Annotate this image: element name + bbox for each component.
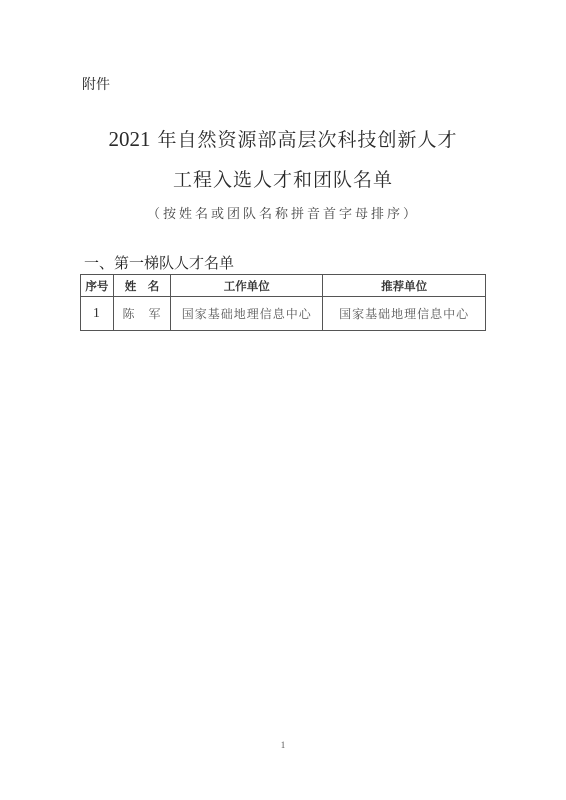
title-text-1: 年自然资源部高层次科技创新人才 bbox=[158, 129, 458, 151]
cell-work-unit: 国家基础地理信息中心 bbox=[171, 297, 323, 331]
title-year: 2021 bbox=[108, 127, 150, 151]
cell-recommending-unit: 国家基础地理信息中心 bbox=[323, 297, 486, 331]
header-work-unit: 工作单位 bbox=[171, 275, 323, 297]
cell-index: 1 bbox=[81, 297, 114, 331]
header-name: 姓 名 bbox=[113, 275, 171, 297]
cell-name: 陈 军 bbox=[113, 297, 171, 331]
header-index: 序号 bbox=[81, 275, 114, 297]
talent-table: 序号 姓 名 工作单位 推荐单位 1 陈 军 国家基础地理信息中心 国家基础地理… bbox=[80, 274, 486, 331]
document-title-line-2: 工程入选人才和团队名单 bbox=[0, 165, 566, 192]
table-row: 1 陈 军 国家基础地理信息中心 国家基础地理信息中心 bbox=[81, 297, 486, 331]
table-header-row: 序号 姓 名 工作单位 推荐单位 bbox=[81, 275, 486, 297]
page-number: 1 bbox=[0, 740, 566, 750]
header-recommending-unit: 推荐单位 bbox=[323, 275, 486, 297]
attachment-label: 附件 bbox=[82, 74, 110, 94]
section-heading: 一、第一梯队人才名单 bbox=[84, 252, 234, 273]
document-title-line-1: 2021 年自然资源部高层次科技创新人才 bbox=[0, 125, 566, 152]
document-subtitle: （按姓名或团队名称拼音首字母排序） bbox=[0, 203, 566, 222]
